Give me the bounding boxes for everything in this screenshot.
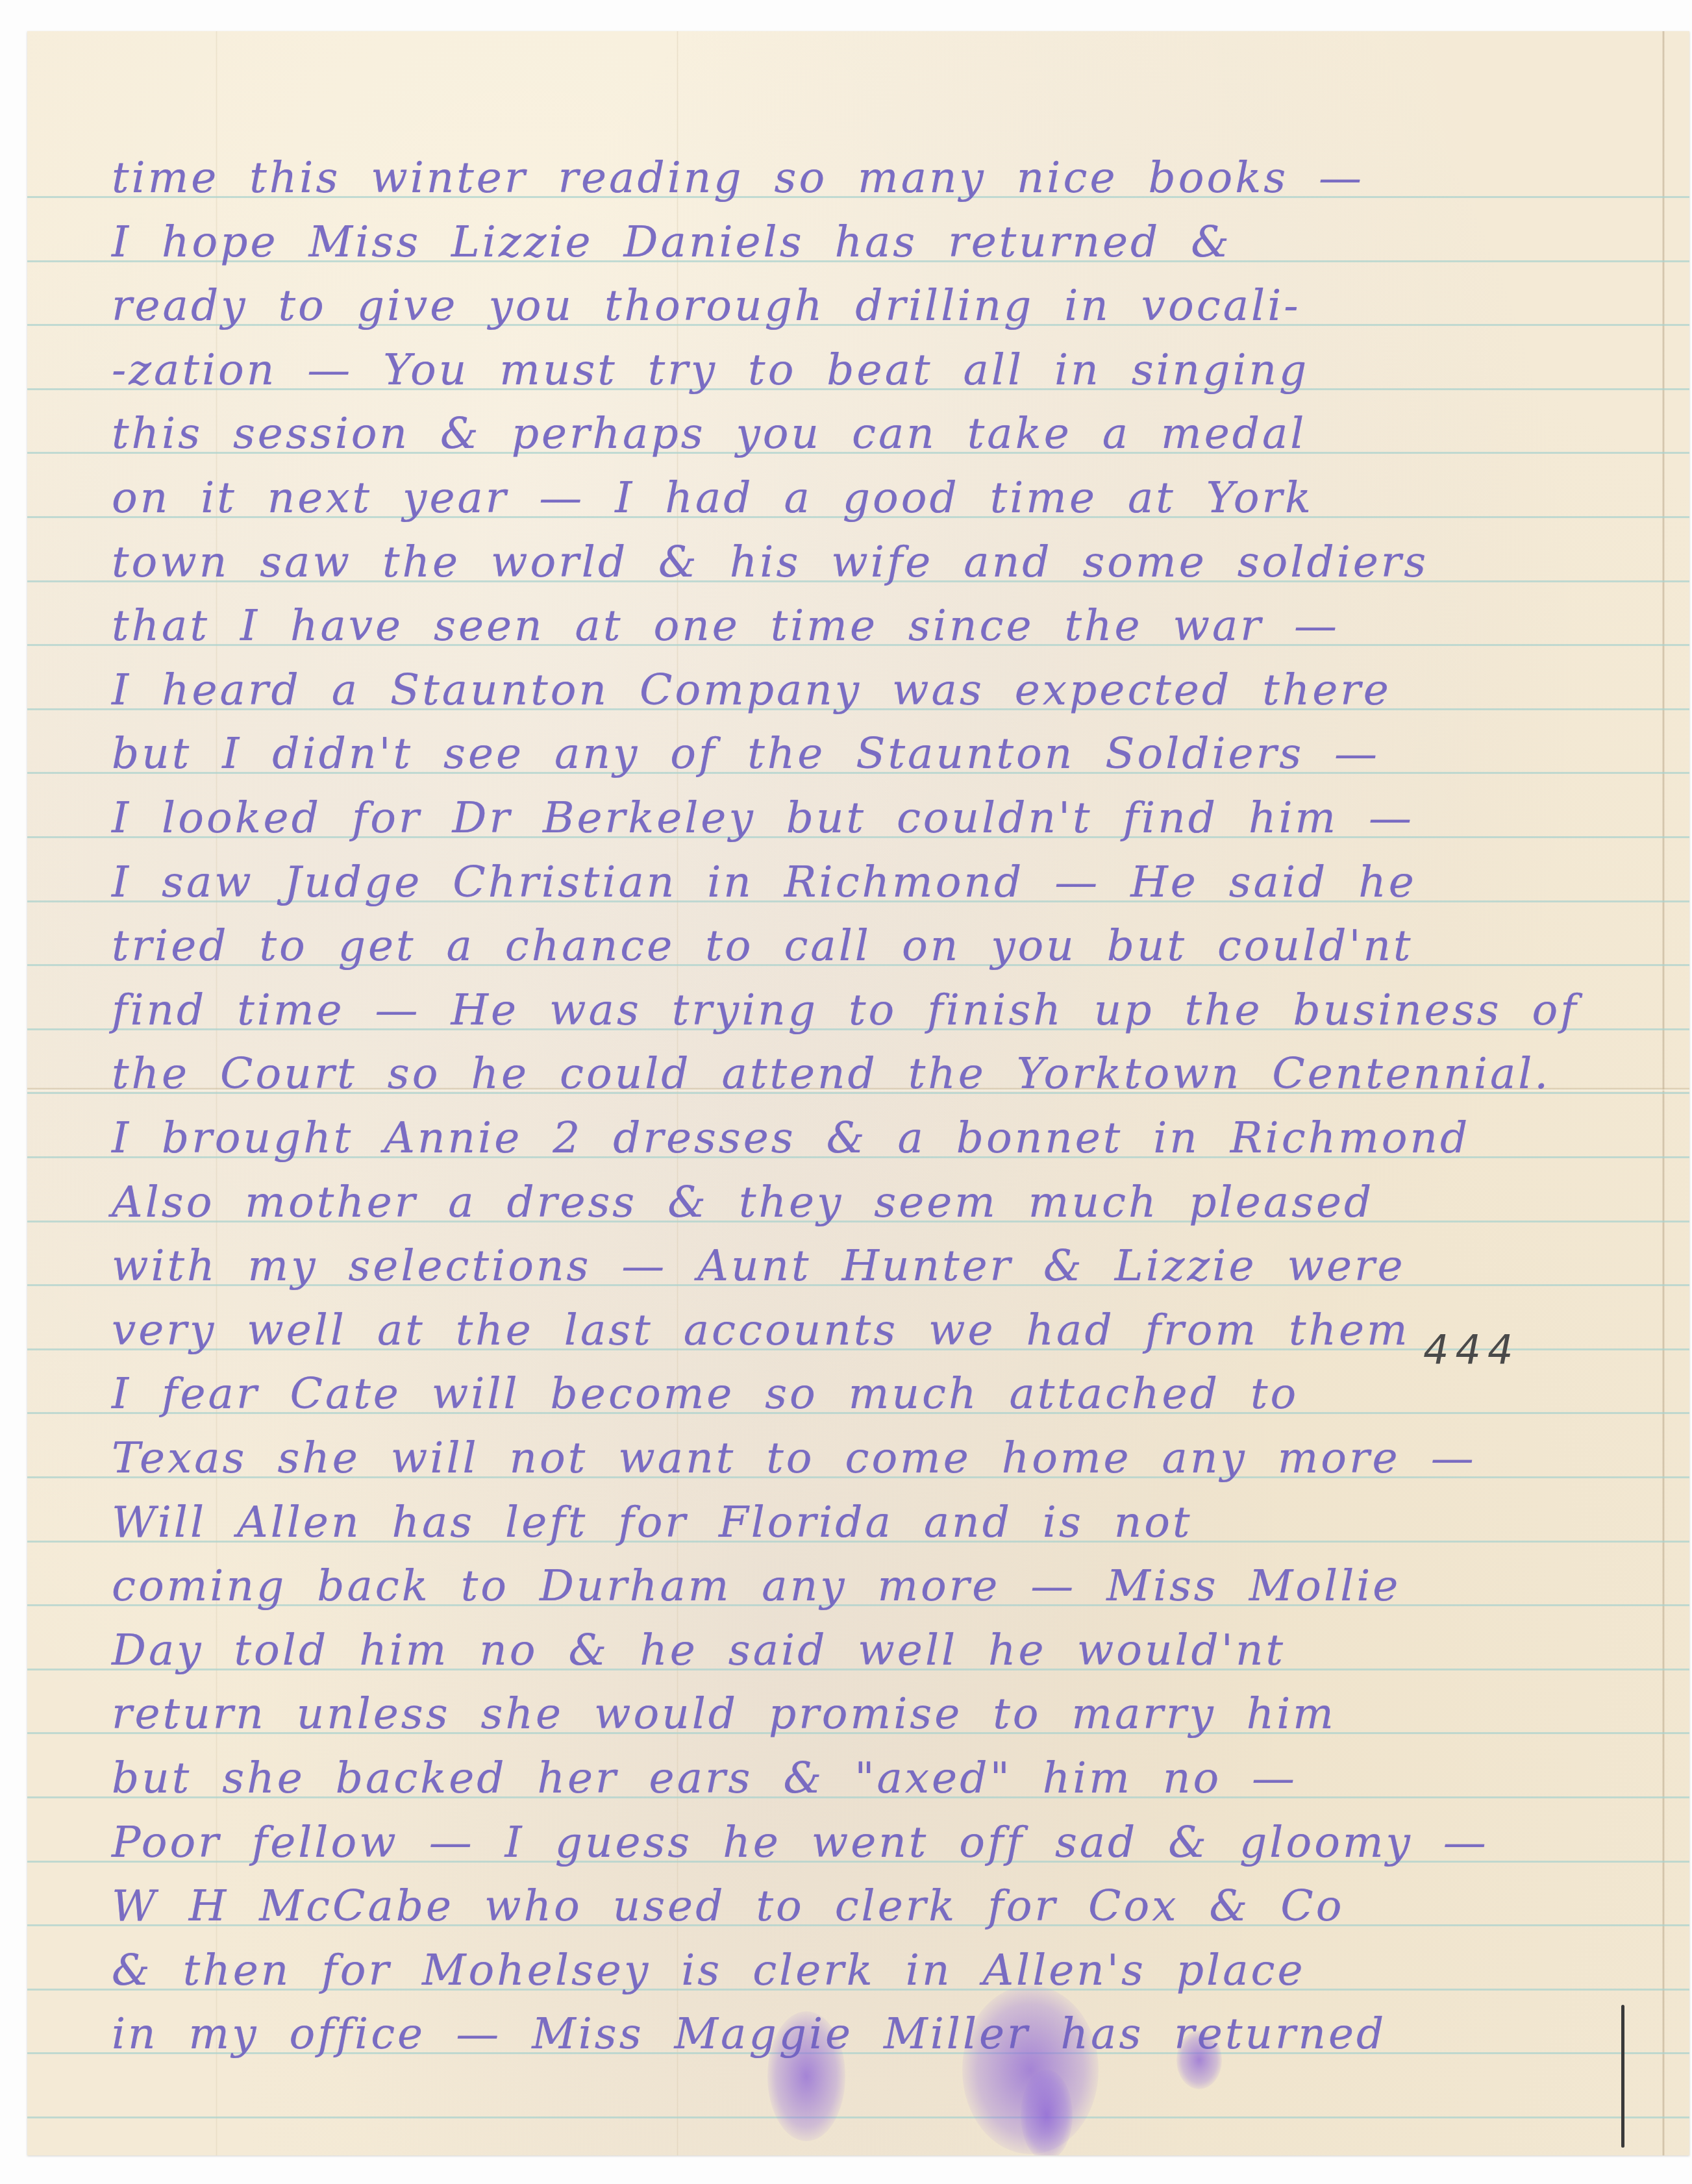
letter-page: time this winter reading so many nice bo… bbox=[27, 31, 1689, 2155]
text-line: with my selections — Aunt Hunter & Lizzi… bbox=[112, 1234, 1657, 1298]
text-line: I brought Annie 2 dresses & a bonnet in … bbox=[112, 1106, 1657, 1171]
text-line: return unless she would promise to marry… bbox=[112, 1681, 1657, 1746]
text-line: tried to get a chance to call on you but… bbox=[112, 913, 1657, 978]
text-line: Poor fellow — I guess he went off sad & … bbox=[112, 1810, 1657, 1875]
text-line: but I didn't see any of the Staunton Sol… bbox=[112, 721, 1657, 786]
text-line: town saw the world & his wife and some s… bbox=[112, 530, 1657, 595]
rule-line bbox=[27, 2116, 1689, 2118]
text-line: this session & perhaps you can take a me… bbox=[112, 401, 1657, 466]
text-line: on it next year — I had a good time at Y… bbox=[112, 465, 1657, 530]
text-line: ready to give you thorough drilling in v… bbox=[112, 273, 1657, 338]
text-line: Will Allen has left for Florida and is n… bbox=[112, 1490, 1657, 1555]
text-line: Texas she will not want to come home any… bbox=[112, 1426, 1657, 1491]
text-line: I hope Miss Lizzie Daniels has returned … bbox=[112, 210, 1657, 275]
text-line: time this winter reading so many nice bo… bbox=[112, 145, 1657, 210]
text-line: Day told him no & he said well he would'… bbox=[112, 1618, 1657, 1683]
text-line: I heard a Staunton Company was expected … bbox=[112, 658, 1657, 723]
text-line: I looked for Dr Berkeley but couldn't fi… bbox=[112, 786, 1657, 850]
text-line: that I have seen at one time since the w… bbox=[112, 593, 1657, 658]
text-line: in my office — Miss Maggie Miller has re… bbox=[112, 2002, 1657, 2066]
text-line: W H McCabe who used to clerk for Cox & C… bbox=[112, 1874, 1657, 1939]
text-line: I saw Judge Christian in Richmond — He s… bbox=[112, 850, 1657, 915]
text-line: but she backed her ears & "axed" him no … bbox=[112, 1746, 1657, 1811]
text-line: the Court so he could attend the Yorktow… bbox=[112, 1041, 1657, 1106]
ink-blot bbox=[1021, 2070, 1073, 2155]
text-line: Also mother a dress & they seem much ple… bbox=[112, 1170, 1657, 1235]
text-line: coming back to Durham any more — Miss Mo… bbox=[112, 1554, 1657, 1619]
text-line: find time — He was trying to finish up t… bbox=[112, 978, 1657, 1043]
page-number: 444 bbox=[1423, 1326, 1519, 1374]
text-line: -zation — You must try to beat all in si… bbox=[112, 338, 1657, 403]
text-line: & then for Mohelsey is clerk in Allen's … bbox=[112, 1938, 1657, 2003]
